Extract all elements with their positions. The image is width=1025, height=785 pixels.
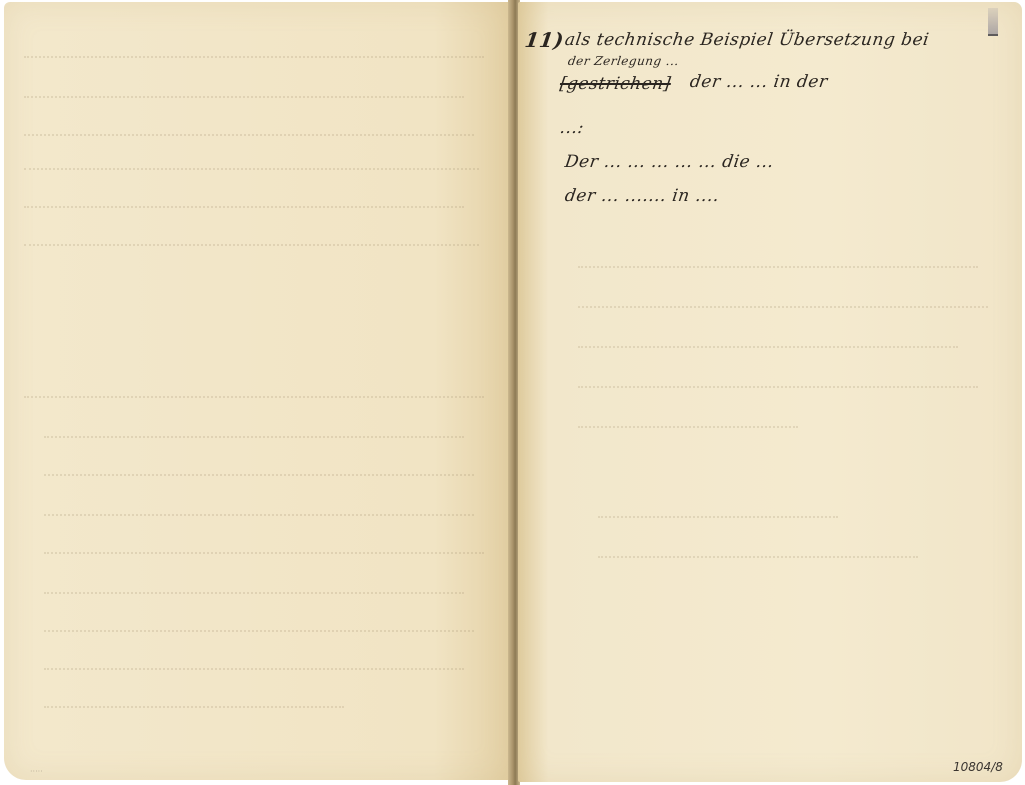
note-line-4: Der ... ... ... ... ... die ... — [564, 152, 776, 172]
note-line-1: als technische Beispiel Übersetzung bei — [564, 30, 931, 50]
note-line-5: der ... ....... in .... — [564, 186, 721, 206]
note-insertion: der Zerlegung ... — [567, 54, 680, 68]
note-line-2: der ... ... in der — [689, 72, 829, 92]
right-page — [518, 2, 1022, 782]
note-struck-text: [gestrichen] — [559, 74, 673, 94]
pencil-mark: ····· — [30, 767, 43, 776]
catalog-number: 10804/8 — [953, 760, 1003, 774]
manuscript-spread: ····· 11) als technische Beispiel Überse… — [0, 0, 1025, 785]
note-number: 11) — [523, 28, 565, 52]
ink-smudge — [988, 8, 998, 36]
note-line-3: ...: — [559, 118, 586, 138]
left-page: ····· — [4, 2, 510, 780]
